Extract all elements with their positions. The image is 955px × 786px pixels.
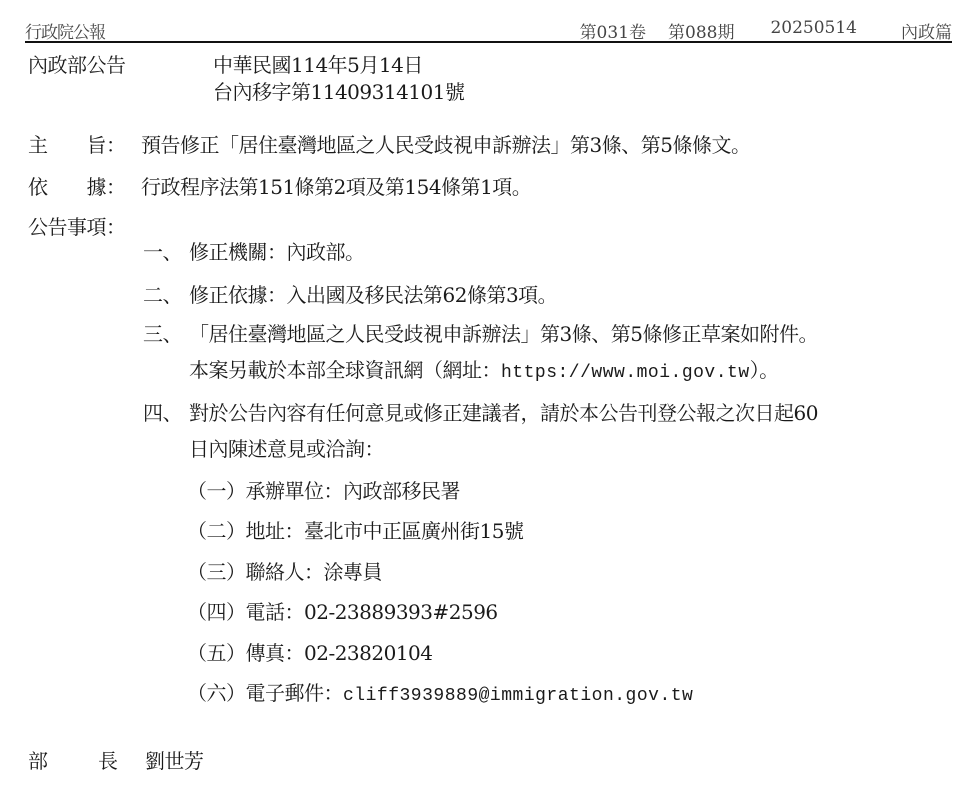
contact-row: （三）聯絡人：涂專員: [187, 560, 382, 584]
contact-row: （四）電話：02-23889393#2596: [187, 600, 498, 624]
basis-text: 行政程序法第151條第2項及第154條第1項。: [141, 175, 531, 199]
notice-issuer: 內政部公告: [28, 53, 126, 77]
signature-title-2: 長: [98, 749, 118, 773]
website-link[interactable]: https://www.moi.gov.tw: [501, 363, 750, 383]
item-number: 一、: [143, 240, 182, 264]
item-number: 四、: [143, 401, 182, 425]
contact-row: （二）地址：臺北市中正區廣州街15號: [187, 519, 523, 543]
item-text: 對於公告內容有任何意見或修正建議者，請於本公告刊登公報之次日起60: [189, 401, 818, 425]
contact-unit: 內政部移民署: [343, 479, 460, 503]
contact-person: 涂專員: [324, 560, 383, 584]
item-text: 「居住臺灣地區之人民受歧視申訴辦法」第3條、第5條修正草案如附件。: [189, 322, 818, 346]
contact-phone: 02-23889393#2596: [304, 600, 498, 624]
header-meta: 第031卷 第088期 20250514 內政篇: [580, 18, 952, 43]
subject-label: 主 旨：: [28, 133, 126, 157]
contact-row: （五）傳真：02-23820104: [187, 641, 433, 665]
item-text-continuation: 日內陳述意見或洽詢：: [189, 437, 384, 461]
signature-title-1: 部: [28, 749, 48, 773]
publication-name: 行政院公報: [25, 18, 105, 43]
contact-fax: 02-23820104: [304, 641, 433, 665]
contact-row: （六）電子郵件：cliff3939889@immigration.gov.tw: [187, 681, 693, 708]
publication-date: 20250514: [770, 18, 857, 43]
volume-number: 第031卷: [580, 18, 646, 43]
issue-number: 第088期: [668, 18, 734, 43]
basis-label: 依 據：: [28, 175, 126, 199]
notice-date: 中華民國114年5月14日: [213, 53, 423, 77]
item-text: 修正依據：入出國及移民法第62條第3項。: [189, 283, 557, 307]
document-number: 台內移字第11409314101號: [213, 80, 464, 104]
contact-row: （一）承辦單位：內政部移民署: [187, 479, 460, 503]
item-number: 二、: [143, 283, 182, 307]
contact-email[interactable]: cliff3939889@immigration.gov.tw: [343, 686, 693, 706]
contact-address: 臺北市中正區廣州街15號: [304, 519, 523, 543]
page-header: 行政院公報 第031卷 第088期 20250514 內政篇: [25, 17, 952, 43]
item-number: 三、: [143, 322, 182, 346]
item-text: 修正機關：內政部。: [189, 240, 365, 264]
section-name: 內政篇: [901, 18, 952, 43]
subject-text: 預告修正「居住臺灣地區之人民受歧視申訴辦法」第3條、第5條條文。: [141, 133, 750, 157]
item-text-continuation: 本案另載於本部全球資訊網（網址：https://www.moi.gov.tw）。: [189, 358, 779, 385]
items-label: 公告事項：: [28, 215, 126, 239]
signature-name: 劉世芳: [145, 749, 204, 773]
